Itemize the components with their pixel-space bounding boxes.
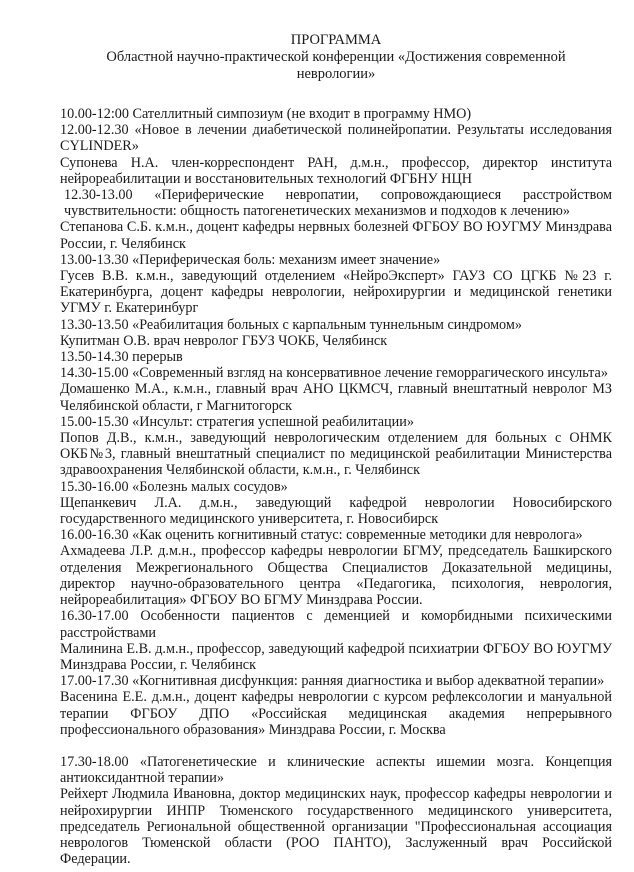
document-page: ПРОГРАММА Областной научно-практической … bbox=[60, 32, 612, 867]
talk-title: 16.00-16.30 «Как оценить когнитивный ста… bbox=[60, 527, 612, 543]
talk-title: 14.30-15.00 «Современный взгляд на консе… bbox=[60, 365, 612, 381]
talk-speaker: Купитман О.В. врач невролог ГБУЗ ЧОКБ, Ч… bbox=[60, 333, 612, 349]
talk-speaker: Васенина Е.Е. д.м.н., доцент кафедры нев… bbox=[60, 689, 612, 738]
talk-title: 15.30-16.00 «Болезнь малых сосудов» bbox=[60, 479, 612, 495]
talk-speaker: Щепанкевич Л.А. д.м.н., заведующий кафед… bbox=[60, 495, 612, 527]
spacer bbox=[60, 738, 612, 754]
document-title: ПРОГРАММА bbox=[60, 32, 612, 49]
talk-speaker: Ахмадеева Л.Р. д.м.н., профессор кафедры… bbox=[60, 543, 612, 608]
talk-speaker: Гусев В.В. к.м.н., заведующий отделением… bbox=[60, 268, 612, 317]
talk-title: 16.30-17.00 Особенности пациентов с деме… bbox=[60, 608, 612, 640]
talk-title: 17.00-17.30 «Когнитивная дисфункция: ран… bbox=[60, 673, 612, 689]
talk-title: 12.30-13.00 «Периферические невропатии, … bbox=[60, 187, 612, 219]
talk-speaker: Малинина Е.В. д.м.н., профессор, заведую… bbox=[60, 641, 612, 673]
document-subtitle: Областной научно-практической конференци… bbox=[106, 49, 566, 83]
talk-speaker: Домашенко М.А., к.м.н., главный врач АНО… bbox=[60, 381, 612, 413]
talk-title: 12.00-12.30 «Новое в лечении диабетическ… bbox=[60, 122, 612, 154]
talk-speaker: Попов Д.В., к.м.н., заведующий неврологи… bbox=[60, 430, 612, 479]
program-item-symposium: 10.00-12:00 Сателлитный симпозиум (не вх… bbox=[60, 106, 612, 122]
talk-speaker: Супонева Н.А. член-корреспондент РАН, д.… bbox=[60, 155, 612, 187]
talk-title: 13.30-13.50 «Реабилитация больных с карп… bbox=[60, 317, 612, 333]
talk-title: 15.00-15.30 «Инсульт: стратегия успешной… bbox=[60, 414, 612, 430]
talk-title: 17.30-18.00 «Патогенетические и клиничес… bbox=[60, 754, 612, 786]
program-item-break: 13.50-14.30 перерыв bbox=[60, 349, 612, 365]
talk-speaker: Степанова С.Б. к.м.н., доцент кафедры не… bbox=[60, 219, 612, 251]
talk-speaker: Рейхерт Людмила Ивановна, доктор медицин… bbox=[60, 786, 612, 867]
program-list: 10.00-12:00 Сателлитный симпозиум (не вх… bbox=[60, 106, 612, 867]
talk-title: 13.00-13.30 «Периферическая боль: механи… bbox=[60, 252, 612, 268]
